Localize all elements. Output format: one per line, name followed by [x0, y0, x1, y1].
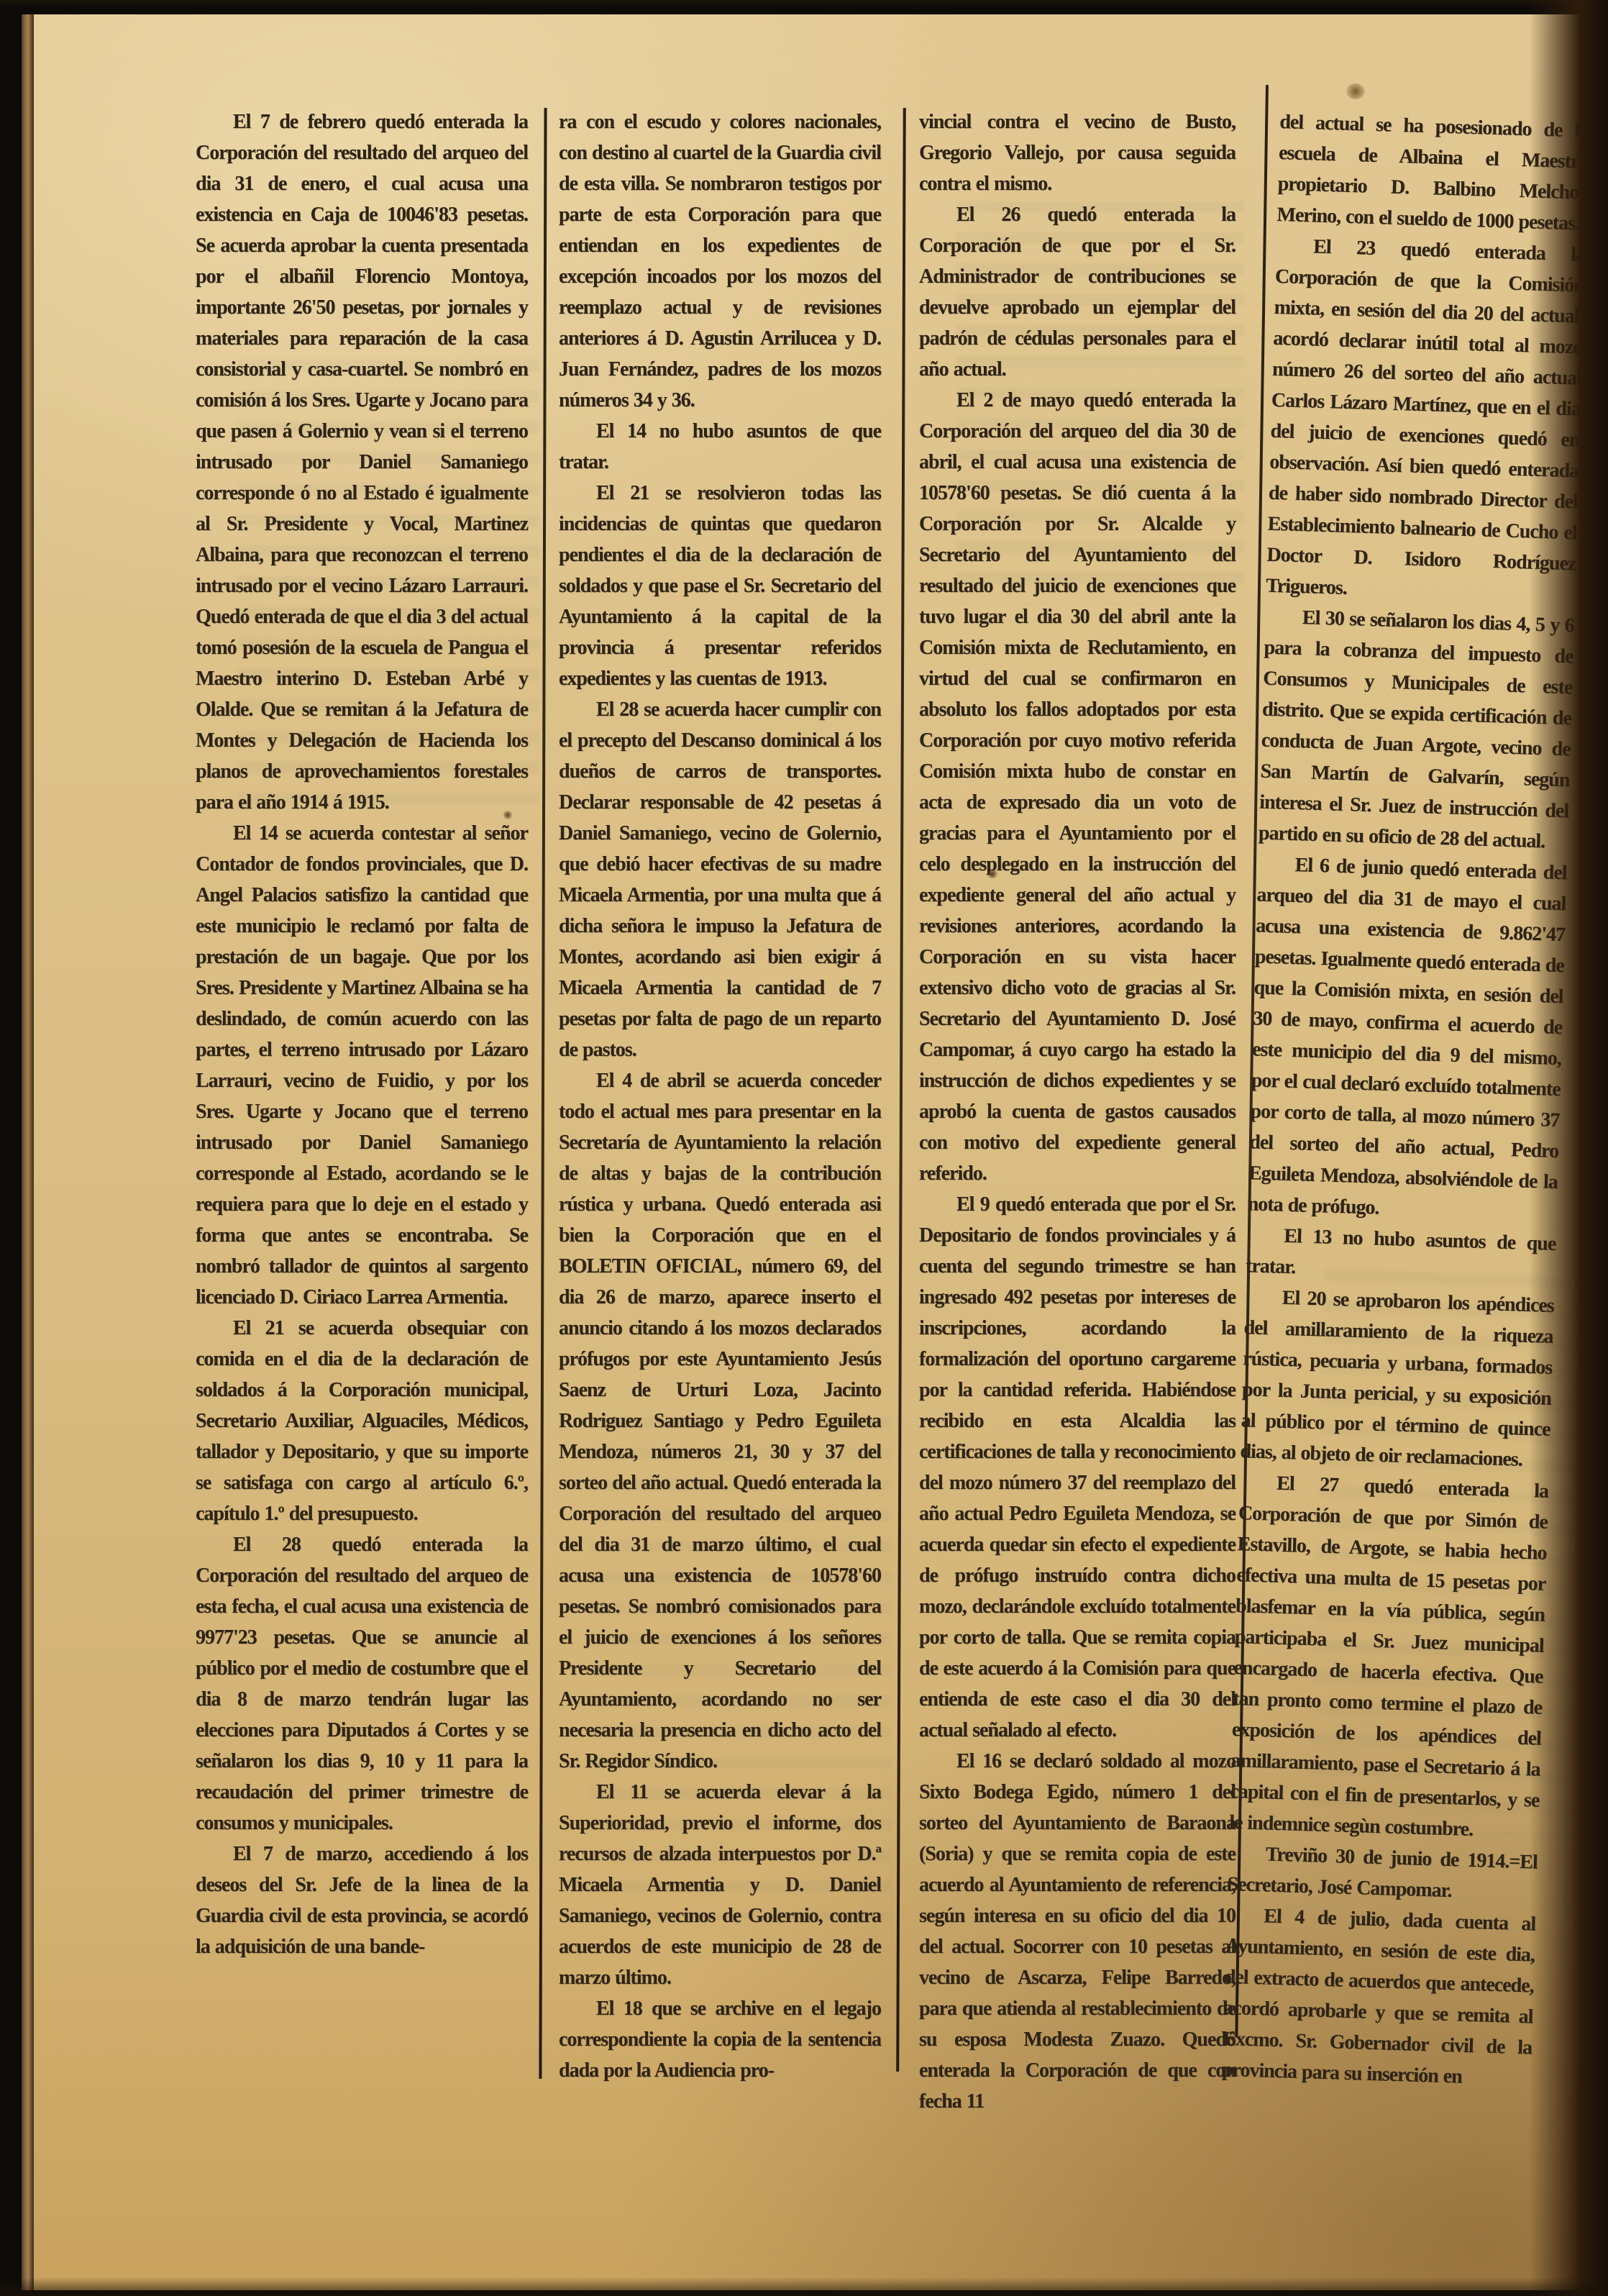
text-column-1: El 7 de febrero quedó enterada la Corpor… — [196, 106, 528, 1962]
paragraph: El 4 de abril se acuerda conceder todo e… — [559, 1065, 881, 1777]
paragraph: El 21 se resolvieron todas las incidenci… — [559, 478, 881, 694]
paragraph: El 13 no hubo asuntos de que tratar. — [1246, 1219, 1556, 1290]
paragraph: ra con el escudo y colores nacionales, c… — [559, 106, 881, 416]
paragraph: El 14 no hubo asuntos de que tratar. — [559, 416, 881, 478]
page-edge-shadow — [0, 0, 1608, 7]
ink-stain — [1346, 83, 1365, 99]
corner-shadow — [1162, 1541, 1608, 2296]
paragraph: El 6 de junio quedó enterada del arqueo … — [1247, 849, 1567, 1229]
paragraph: El 7 de febrero quedó enterada la Corpor… — [196, 106, 528, 818]
paragraph: El 28 quedó enterada la Corporación del … — [196, 1529, 528, 1839]
paragraph: El 28 se acuerda hacer cumplir con el pr… — [559, 694, 881, 1065]
text-column-2: ra con el escudo y colores nacionales, c… — [559, 106, 881, 2086]
paragraph: El 11 se acuerda elevar á la Superiorida… — [559, 1777, 881, 1993]
paragraph: El 21 se acuerda obsequiar con comida en… — [196, 1313, 528, 1529]
paragraph: vincial contra el vecino de Busto, Grego… — [919, 106, 1235, 199]
paragraph: El 26 quedó enterada la Corporación de q… — [919, 199, 1235, 385]
paragraph: El 18 que se archive en el legajo corres… — [559, 1993, 881, 2086]
scanned-page-photo: El 7 de febrero quedó enterada la Corpor… — [0, 0, 1608, 2296]
ink-stain — [987, 870, 997, 878]
paragraph: El 2 de mayo quedó enterada la Corporaci… — [919, 385, 1235, 1189]
paragraph: El 30 se señalaron los dias 4, 5 y 6 par… — [1258, 601, 1574, 858]
paragraph: El 7 de marzo, accediendo á los deseos d… — [196, 1839, 528, 1962]
ink-stain — [503, 811, 512, 819]
page-edge-shadow — [0, 2277, 1608, 2296]
paragraph: El 20 se aprobaron los apéndices del ami… — [1240, 1281, 1554, 1476]
paragraph: El 14 se acuerda contestar al señor Cont… — [196, 818, 528, 1313]
book-binding-edge — [22, 14, 34, 2290]
